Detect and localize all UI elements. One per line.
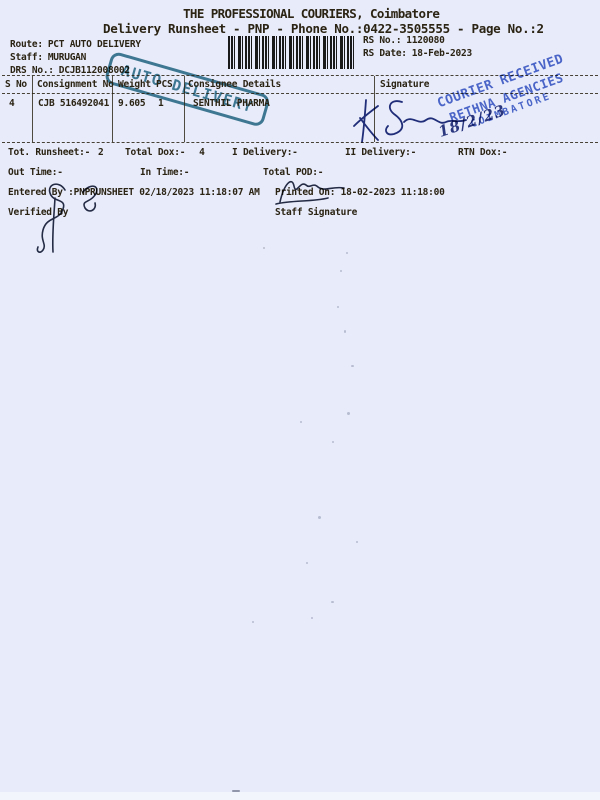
tot-runsheet-label: Tot. Runsheet:- (8, 147, 90, 158)
receiver-signature (350, 92, 490, 152)
row-consignment-no: CJB 516492041 (38, 99, 109, 110)
speck (337, 306, 339, 308)
signature-stroke (53, 198, 55, 252)
speck (344, 330, 346, 333)
table-bottom-rule (2, 142, 598, 143)
signature-stroke (276, 198, 328, 204)
table-divider-sno (32, 76, 33, 142)
rs-no-line: RS No.:1120080 (363, 36, 445, 47)
tot-runsheet: Tot. Runsheet:-2 (8, 148, 104, 159)
staff-value: MURUGAN (48, 52, 86, 63)
signature-stroke (83, 186, 97, 211)
total-dox-label: Total Dox:- (125, 147, 185, 158)
page-title: THE PROFESSIONAL COURIERS, Coimbatore (183, 7, 439, 21)
speck (356, 541, 358, 543)
staff-line: Staff:MURUGAN (10, 53, 86, 64)
scanned-runsheet-page: { "document": { "title": "THE PROFESSION… (0, 0, 600, 800)
speck (306, 562, 308, 564)
col-header-consignee: Consignee Details (188, 80, 281, 91)
rs-date-line: RS Date:18-Feb-2023 (363, 49, 472, 60)
row-sno: 4 (9, 99, 14, 110)
speck (263, 247, 265, 249)
signature-stroke (404, 118, 466, 123)
speck (347, 412, 350, 415)
rs-date-value: 18-Feb-2023 (412, 48, 472, 59)
page-bottom-margin (0, 792, 600, 800)
col-header-signature: Signature (380, 80, 429, 91)
row-weight: 9.605 (118, 99, 145, 110)
route-label: Route: (10, 39, 43, 50)
col-header-consignment: Consignment No (37, 80, 114, 91)
total-dox: Total Dox:-4 (125, 148, 205, 159)
in-time-label: In Time:- (140, 168, 189, 179)
verified-by-signature (25, 178, 125, 258)
speck (351, 365, 354, 367)
staff-label: Staff: (10, 52, 43, 63)
speck (300, 421, 302, 423)
col-header-sno: S No (5, 80, 27, 91)
row-consignee: SENTHIL PHARMA (193, 99, 270, 110)
rs-no-value: 1120080 (406, 35, 444, 46)
route-line: Route:PCT AUTO DELIVERY (10, 40, 141, 51)
rs-date-label: RS Date: (363, 48, 407, 59)
signature-stroke (386, 101, 402, 134)
i-delivery-label: I Delivery:- (232, 148, 298, 159)
page-subtitle: Delivery Runsheet - PNP - Phone No.:0422… (103, 22, 544, 36)
route-value: PCT AUTO DELIVERY (48, 39, 141, 50)
speck (252, 621, 254, 623)
speck (331, 601, 334, 603)
barcode (228, 36, 355, 69)
signature-stroke (37, 184, 65, 252)
tot-runsheet-value: 2 (98, 147, 103, 158)
row-pcs: 1 (158, 99, 163, 110)
speck (332, 441, 334, 443)
speck (346, 252, 348, 254)
speck (340, 270, 342, 272)
rtn-dox-label: RTN Dox:- (458, 148, 507, 159)
col-header-weight: Weight (118, 80, 151, 91)
speck (311, 617, 313, 619)
table-divider-consignee (184, 76, 185, 142)
speck (318, 516, 321, 519)
total-dox-value: 4 (199, 147, 204, 158)
ii-delivery-label: II Delivery:- (345, 148, 416, 159)
rs-no-label: RS No.: (363, 35, 401, 46)
staff-signature (268, 172, 358, 212)
col-header-pcs: PCS (156, 80, 172, 91)
signature-stroke (280, 182, 344, 202)
